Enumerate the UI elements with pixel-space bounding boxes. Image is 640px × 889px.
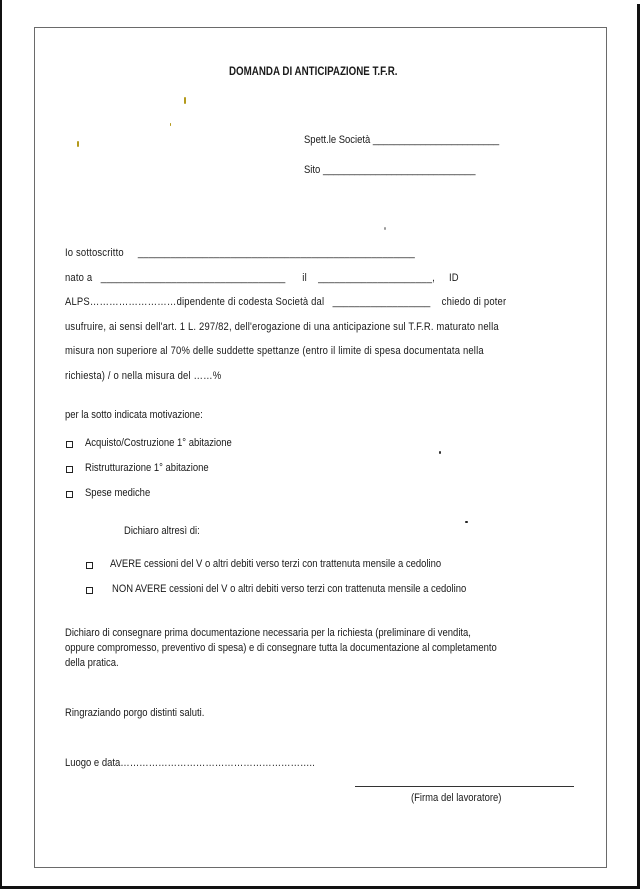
- birth-date-field[interactable]: _____________________,: [318, 272, 435, 284]
- alps-employee-text: ALPS………………………dipendente di codesta Socie…: [65, 296, 324, 308]
- scan-speck: [439, 451, 441, 454]
- scan-speck: [77, 141, 79, 147]
- employment-line: ALPS………………………dipendente di codesta Socie…: [65, 296, 506, 309]
- option-have-loans: AVERE cessioni del V o altri debiti vers…: [110, 558, 441, 571]
- recipient-company: Spett.le Società _______________________…: [304, 134, 499, 147]
- id-label: ID: [449, 272, 459, 284]
- declaration-heading: Dichiaro altresì di:: [124, 525, 200, 538]
- scan-speck: [170, 123, 171, 126]
- request-text: chiedo di poter: [442, 296, 507, 308]
- checkbox-medical-expenses[interactable]: [66, 491, 73, 498]
- scan-speck: [465, 521, 468, 523]
- birth-line: nato a _________________________________…: [65, 272, 459, 285]
- checkbox-have-loans[interactable]: [86, 562, 93, 569]
- recipient-site-field[interactable]: _____________________________: [323, 164, 476, 176]
- undersigned-line: Io sottoscritto ________________________…: [65, 247, 415, 260]
- body-line-5: misura non superiore al 70% delle suddet…: [65, 345, 484, 358]
- documentation-line-2: oppure compromesso, preventivo di spesa)…: [65, 642, 497, 655]
- recipient-company-field[interactable]: ________________________: [373, 134, 499, 146]
- checkbox-no-loans[interactable]: [86, 587, 93, 594]
- birth-place-field[interactable]: __________________________________: [101, 272, 286, 284]
- checkbox-purchase-home[interactable]: [66, 441, 73, 448]
- page-title: DOMANDA DI ANTICIPAZIONE T.F.R.: [229, 66, 398, 79]
- closing-text: Ringraziando porgo distinti saluti.: [65, 707, 204, 720]
- birth-date-label: il: [302, 272, 307, 284]
- checkbox-renovation-home[interactable]: [66, 466, 73, 473]
- motivation-heading: per la sotto indicata motivazione:: [65, 409, 203, 422]
- place-date-field[interactable]: Luogo e data……………………………………………………..: [65, 757, 315, 770]
- birth-place-label: nato a: [65, 272, 92, 284]
- body-line-6: richiesta) / o nella misura del ……%: [65, 370, 221, 383]
- option-renovation-home: Ristrutturazione 1° abitazione: [85, 462, 209, 475]
- scan-speck: [384, 227, 386, 230]
- signature-caption: (Firma del lavoratore): [411, 792, 501, 805]
- scan-edge-left: [0, 0, 2, 889]
- scan-speck: [184, 97, 186, 104]
- documentation-line-1: Dichiaro di consegnare prima documentazi…: [65, 627, 471, 640]
- recipient-company-label: Spett.le Società: [304, 134, 370, 146]
- signature-line[interactable]: [355, 786, 574, 787]
- option-no-loans: NON AVERE cessioni del V o altri debiti …: [112, 583, 466, 596]
- recipient-site: Sito _____________________________: [304, 164, 476, 177]
- option-medical-expenses: Spese mediche: [85, 487, 150, 500]
- undersigned-name-field[interactable]: ________________________________________…: [138, 247, 415, 259]
- body-line-4: usufruire, ai sensi dell'art. 1 L. 297/8…: [65, 321, 499, 334]
- documentation-line-3: della pratica.: [65, 657, 119, 670]
- option-purchase-home: Acquisto/Costruzione 1° abitazione: [85, 437, 232, 450]
- hire-date-field[interactable]: __________________: [333, 296, 431, 308]
- undersigned-label: Io sottoscritto: [65, 247, 124, 259]
- recipient-site-label: Sito: [304, 164, 320, 176]
